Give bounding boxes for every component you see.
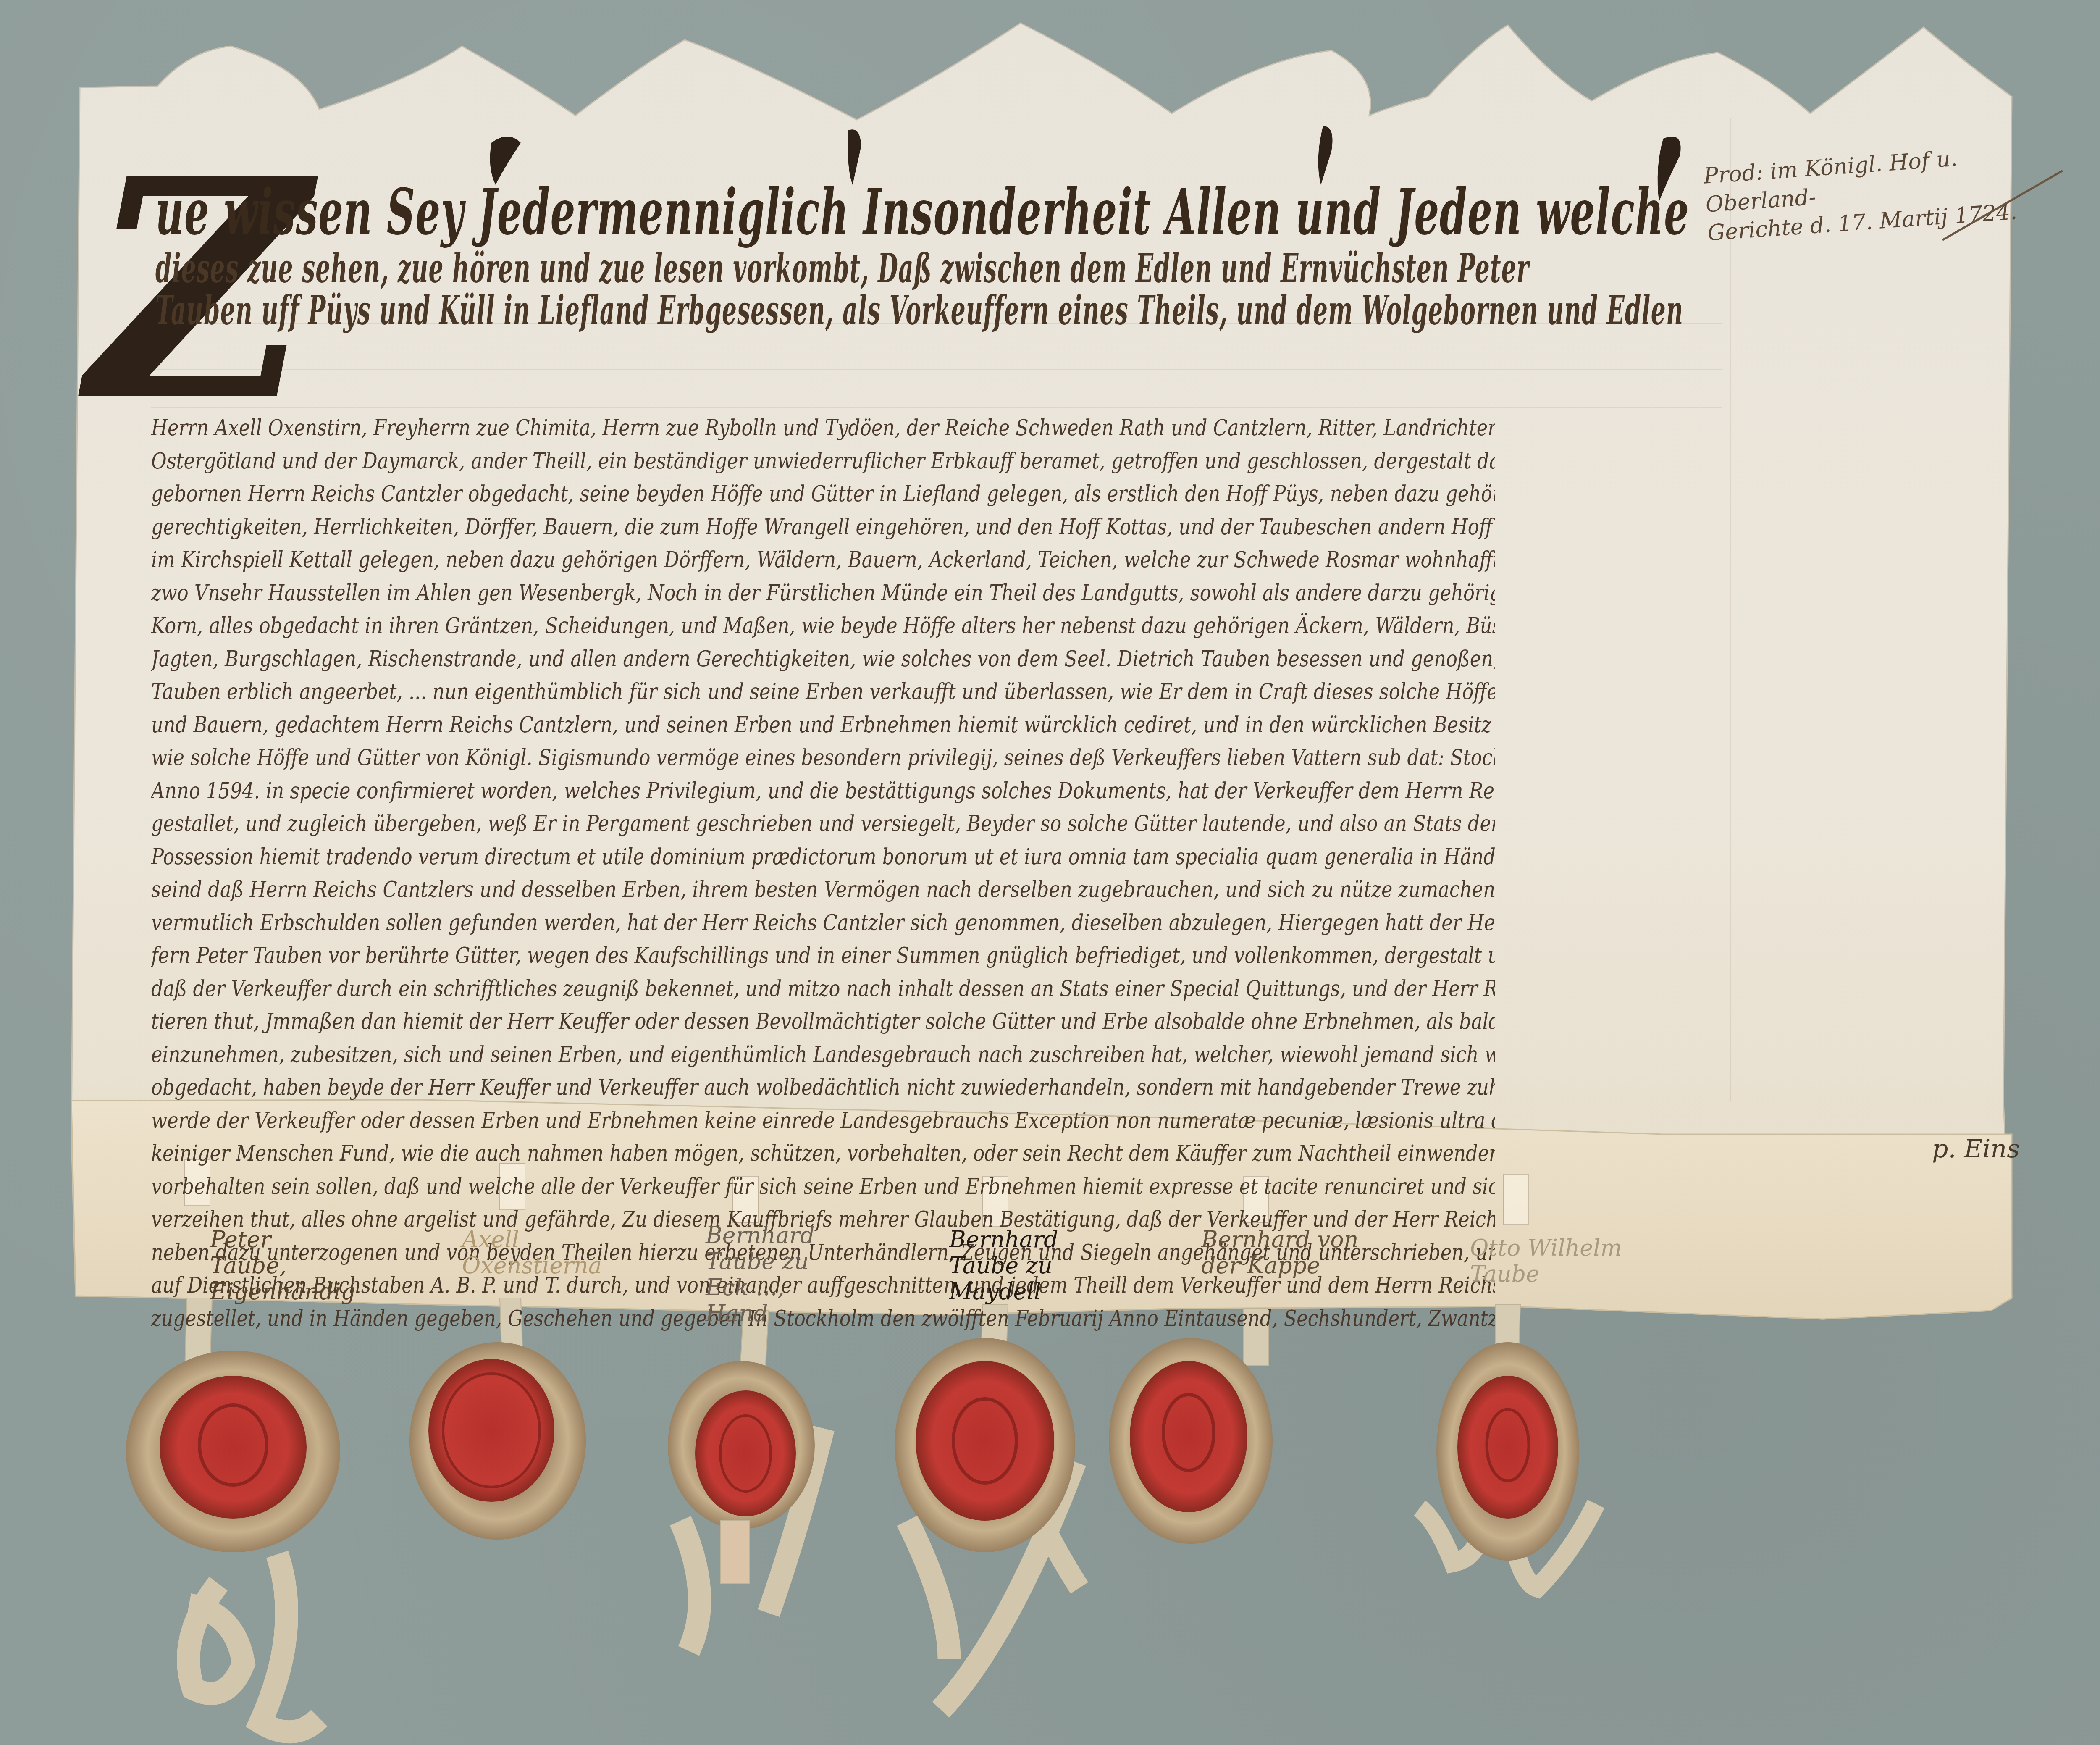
- heading-line-1: ue wissen Sey Jedermenniglich Insonderhe…: [155, 176, 1197, 248]
- document-heading: ue wissen Sey Jedermenniglich Insonderhe…: [155, 176, 1835, 332]
- body-line: Anno 1594. in specie confirmieret worden…: [151, 775, 1495, 808]
- wax-seal-1: [126, 1351, 340, 1552]
- wax-seal-2: [409, 1342, 586, 1540]
- body-line: gerechtigkeiten, Herrlichkeiten, Dörffer…: [151, 511, 1495, 544]
- closing-flourish: p. Eins: [1932, 1134, 2020, 1164]
- body-line: Herrn Axell Oxenstirn, Freyherrn zue Chi…: [151, 412, 1495, 445]
- heading-line-3: Tauben uff Püys und Küll in Liefland Erb…: [155, 290, 1130, 332]
- signature-5: Bernhard von der Kappe: [1201, 1227, 1378, 1279]
- body-line: im Kirchspiell Kettall gelegen, neben da…: [151, 544, 1495, 577]
- wax-seal-6: [1436, 1342, 1579, 1561]
- body-line: Ostergötland und der Daymarck, ander The…: [151, 445, 1495, 478]
- body-line: vorbehalten sein sollen, daß und welche …: [151, 1170, 1495, 1204]
- body-line: Possession hiemit tradendo verum directu…: [151, 841, 1495, 874]
- signature-4: Bernhard Taube zu Maydell: [949, 1227, 1088, 1305]
- body-line: obgedacht, haben beyde der Herr Keuffer …: [151, 1071, 1495, 1104]
- body-line: wie solche Höffe und Gütter von Königl. …: [151, 741, 1495, 775]
- body-line: tieren thut, Jmmaßen dan hiemit der Herr…: [151, 1005, 1495, 1038]
- signature-2: Axell Oxenstierna: [462, 1227, 588, 1279]
- signatures-row: Peter Taube, Eigenhändig Axell Oxenstier…: [202, 1218, 1672, 1344]
- signature-3: Bernhard Taube zu Eck ..., Hand: [706, 1222, 844, 1327]
- body-line: Tauben erblich angeerbet, ... nun eigent…: [151, 675, 1495, 709]
- document-body: Herrn Axell Oxenstirn, Freyherrn zue Chi…: [151, 412, 1714, 1335]
- body-line: und Bauern, gedachtem Herrn Reichs Cantz…: [151, 709, 1495, 742]
- body-line: einzunehmen, zubesitzen, sich und seinen…: [151, 1038, 1495, 1072]
- signature-6: Otto Wilhelm Taube: [1470, 1235, 1688, 1287]
- body-line: keiniger Menschen Fund, wie die auch nah…: [151, 1137, 1495, 1170]
- seal-straps: [185, 1298, 1596, 1732]
- body-line: seind daß Herrn Reichs Cantzlers und des…: [151, 873, 1495, 907]
- body-line: Jagten, Burgschlagen, Rischenstrande, un…: [151, 643, 1495, 676]
- body-line: gebornen Herrn Reichs Cantzler obgedacht…: [151, 478, 1495, 511]
- wax-seal-5: [1109, 1338, 1273, 1544]
- wax-seal-4: [895, 1338, 1075, 1552]
- body-line: daß der Verkeuffer durch ein schrifftlic…: [151, 972, 1495, 1006]
- body-line: werde der Verkeuffer oder dessen Erben u…: [151, 1104, 1495, 1138]
- body-line: vermutlich Erbschulden sollen gefunden w…: [151, 907, 1495, 940]
- body-line: zwo Vnsehr Hausstellen im Ahlen gen Wese…: [151, 577, 1495, 610]
- body-line: fern Peter Tauben vor berührte Gütter, w…: [151, 939, 1495, 972]
- signature-1: Peter Taube, Eigenhändig: [210, 1227, 328, 1305]
- heading-line-2: dieses zue sehen, zue hören und zue lese…: [155, 248, 1130, 290]
- body-line: gestallet, und zugleich übergeben, weß E…: [151, 807, 1495, 841]
- body-line: Korn, alles obgedacht in ihren Gräntzen,…: [151, 610, 1495, 643]
